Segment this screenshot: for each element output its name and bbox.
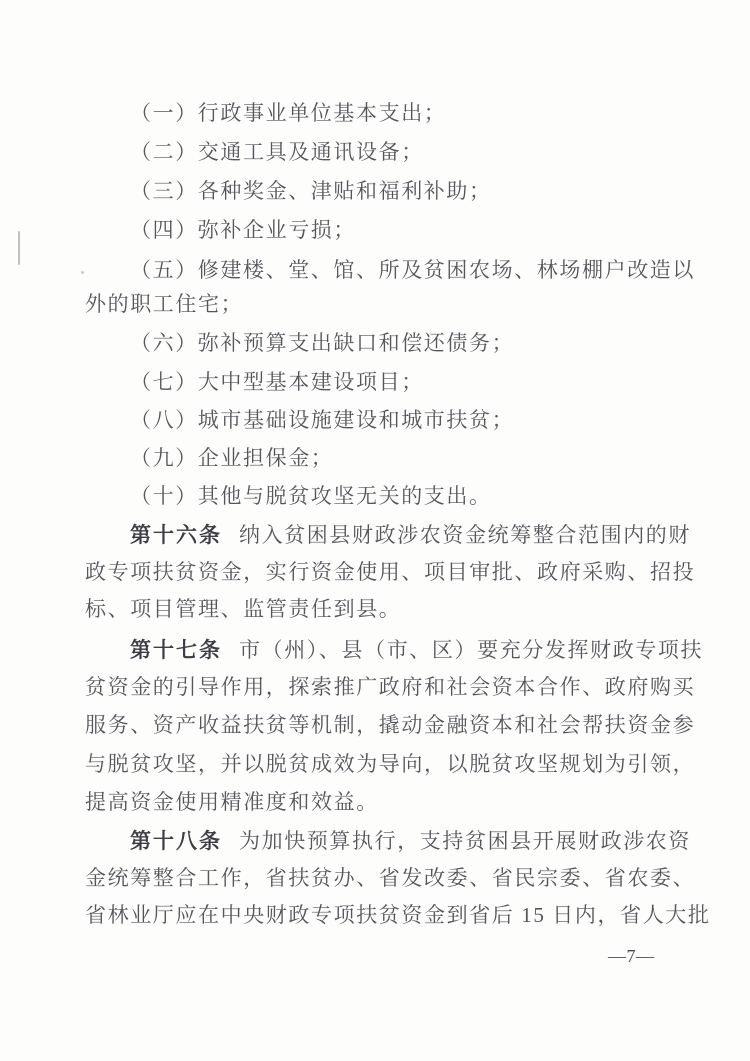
line-text: （二）交通工具及通讯设备； [130,140,424,164]
line-text: 服务、资产收益扶贫等机制，撬动金融资本和社会帮扶资金参 [85,713,695,737]
text-line: （二）交通工具及通讯设备； [130,140,424,165]
line-text: （一）行政事业单位基本支出； [130,101,446,125]
text-line: 省林业厅应在中央财政专项扶贫资金到省后 15 日内，省人大批 [85,903,711,928]
line-text: 为加快预算执行，支持贫困县开展财政涉农资 [239,829,691,853]
line-text: （五）修建楼、堂、馆、所及贫困农场、林场棚户改造以 [130,258,695,282]
text-line: （四）弥补企业亏损； [130,218,356,243]
scan-artifact-speck [81,271,84,274]
text-line: 金统筹整合工作，省扶贫办、省发改委、省民宗委、省农委、 [85,866,695,891]
line-text: 金统筹整合工作，省扶贫办、省发改委、省民宗委、省农委、 [85,866,695,890]
text-line: 标、项目管理、监管责任到县。 [85,597,401,622]
page-number: —7— [608,946,655,967]
text-line: 与脱贫攻坚，并以脱贫成效为导向，以脱贫攻坚规划为引领， [85,752,695,777]
line-text: 省林业厅应在中央财政专项扶贫资金到省后 15 日内，省人大批 [85,903,711,927]
line-text: （四）弥补企业亏损； [130,218,356,242]
text-line: 外的职工住宅； [85,292,243,317]
text-line: 第十七条市（州）、县（市、区）要充分发挥财政专项扶 [130,638,703,663]
article-number: 第十七条 [130,639,222,662]
line-text: （八）城市基础设施建设和城市扶贫； [130,408,514,432]
line-text: （七）大中型基本建设项目； [130,370,424,394]
text-line: （八）城市基础设施建设和城市扶贫； [130,408,514,433]
text-line: （九）企业担保金； [130,446,333,471]
text-line: （三）各种奖金、津贴和福利补助； [130,179,492,204]
text-line: （七）大中型基本建设项目； [130,370,424,395]
article-number: 第十八条 [130,830,222,853]
scan-artifact-line [18,231,20,265]
article-number: 第十六条 [130,524,222,547]
text-line: 第十六条纳入贫困县财政涉农资金统筹整合范围内的财 [130,523,691,548]
line-text: （三）各种奖金、津贴和福利补助； [130,179,492,203]
line-text: （九）企业担保金； [130,446,333,470]
line-text: 贫资金的引导作用，探索推广政府和社会资本合作、政府购买 [85,675,695,699]
line-text: 外的职工住宅； [85,292,243,316]
text-line: 贫资金的引导作用，探索推广政府和社会资本合作、政府购买 [85,675,695,700]
text-line: 提高资金使用精准度和效益。 [85,790,379,815]
line-text: 标、项目管理、监管责任到县。 [85,597,401,621]
text-line: （六）弥补预算支出缺口和偿还债务； [130,331,514,356]
line-text: 政专项扶贫资金，实行资金使用、项目审批、政府采购、招投 [85,560,695,584]
text-line: （一）行政事业单位基本支出； [130,101,446,126]
line-text: 提高资金使用精准度和效益。 [85,790,379,814]
text-line: （十）其他与脱贫攻坚无关的支出。 [130,484,492,509]
line-text: （十）其他与脱贫攻坚无关的支出。 [130,484,492,508]
text-line: 第十八条为加快预算执行，支持贫困县开展财政涉农资 [130,829,691,854]
line-text: （六）弥补预算支出缺口和偿还债务； [130,331,514,355]
text-line: （五）修建楼、堂、馆、所及贫困农场、林场棚户改造以 [130,258,695,283]
document-page: （一）行政事业单位基本支出； （二）交通工具及通讯设备； （三）各种奖金、津贴和… [0,0,750,1061]
line-text: 与脱贫攻坚，并以脱贫成效为导向，以脱贫攻坚规划为引领， [85,752,695,776]
text-line: 服务、资产收益扶贫等机制，撬动金融资本和社会帮扶资金参 [85,713,695,738]
line-text: 纳入贫困县财政涉农资金统筹整合范围内的财 [239,523,691,547]
text-line: 政专项扶贫资金，实行资金使用、项目审批、政府采购、招投 [85,560,695,585]
line-text: 市（州）、县（市、区）要充分发挥财政专项扶 [239,638,703,662]
